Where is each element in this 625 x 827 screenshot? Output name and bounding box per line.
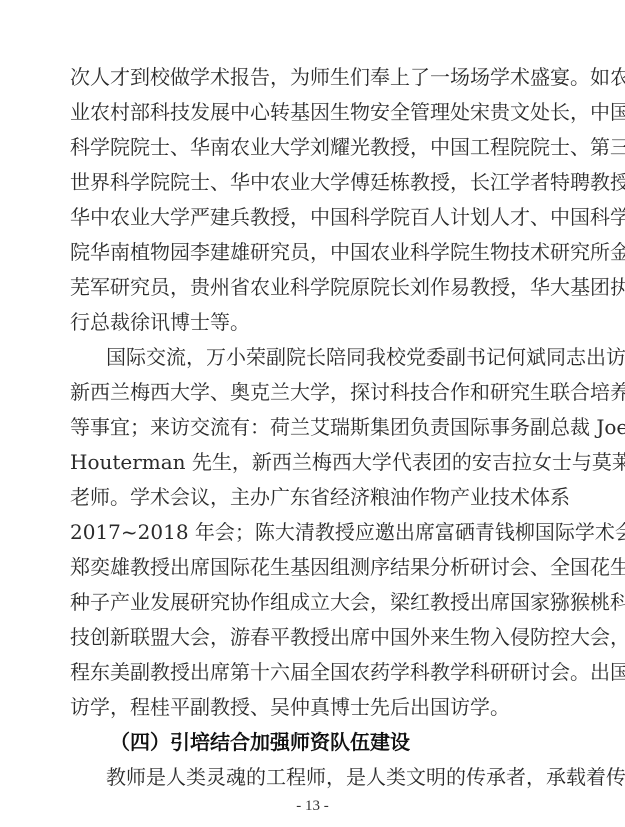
section-heading: （四）引培结合加强师资队伍建设 [70,725,567,760]
paragraph-line: Houterman 先生，新西兰梅西大学代表团的安吉拉女士与莫莱特 [70,445,567,480]
document-page: 次人才到校做学术报告，为师生们奉上了一场场学术盛宴。如农 业农村部科技发展中心转… [0,0,625,827]
paragraph-line: 华中农业大学严建兵教授，中国科学院百人计划人才、中国科学 [70,200,567,235]
paragraph-first-line: 国际交流，万小荣副院长陪同我校党委副书记何斌同志出访 [70,340,567,375]
paragraph-line: 科学院院士、华南农业大学刘耀光教授，中国工程院院士、第三 [70,130,567,165]
paragraph-line: 访学，程桂平副教授、吴仲真博士先后出国访学。 [70,690,567,725]
paragraph-line: 等事宜；来访交流有：荷兰艾瑞斯集团负责国际事务副总裁 Joep [70,410,567,445]
text-column: 次人才到校做学术报告，为师生们奉上了一场场学术盛宴。如农 业农村部科技发展中心转… [70,60,567,795]
paragraph-line: 芜军研究员，贵州省农业科学院原院长刘作易教授，华大基团执 [70,270,567,305]
paragraph-line: 行总裁徐讯博士等。 [70,305,567,340]
paragraph-line: 技创新联盟大会，游春平教授出席中国外来生物入侵防控大会， [70,620,567,655]
paragraph-line: 老师。学术会议，主办广东省经济粮油作物产业技术体系 [70,480,567,515]
paragraph-line: 新西兰梅西大学、奥克兰大学，探讨科技合作和研究生联合培养 [70,375,567,410]
paragraph-line: 郑奕雄教授出席国际花生基因组测序结果分析研讨会、全国花生 [70,550,567,585]
paragraph-first-line: 教师是人类灵魂的工程师，是人类文明的传承者，承载着传 [70,760,567,795]
paragraph-line: 次人才到校做学术报告，为师生们奉上了一场场学术盛宴。如农 [70,60,567,95]
paragraph-line: 2017~2018 年会；陈大清教授应邀出席富硒青钱柳国际学术会议， [70,515,567,550]
paragraph-line: 种子产业发展研究协作组成立大会，梁红教授出席国家猕猴桃科 [70,585,567,620]
page-number: - 13 - [0,798,625,815]
paragraph-line: 程东美副教授出席第十六届全国农药学科教学科研研讨会。出国 [70,655,567,690]
paragraph-line: 院华南植物园李建雄研究员，中国农业科学院生物技术研究所金 [70,235,567,270]
paragraph-line: 世界科学院院士、华中农业大学傅廷栋教授，长江学者特聘教授、 [70,165,567,200]
paragraph-line: 业农村部科技发展中心转基因生物安全管理处宋贵文处长，中国 [70,95,567,130]
